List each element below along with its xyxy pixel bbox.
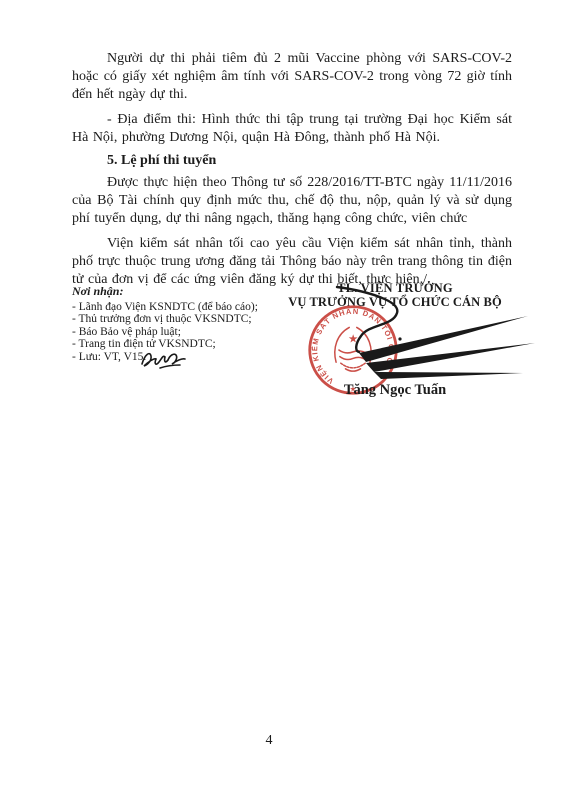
page-number: 4 — [249, 733, 289, 749]
recipient-item: - Báo Bảo vệ pháp luật; — [72, 326, 302, 338]
director-handwritten-signature — [295, 280, 545, 388]
section-5-heading: 5. Lệ phí thi tuyển — [107, 152, 512, 170]
recipient-item: - Lãnh đạo Viện KSNDTC (để báo cáo); — [72, 301, 302, 313]
paragraph-vaccine-requirement: Người dự thi phải tiêm đủ 2 mũi Vaccine … — [72, 50, 512, 104]
signer-name: Tăng Ngọc Tuấn — [288, 382, 502, 399]
recipient-item: - Thủ trưởng đơn vị thuộc VKSNDTC; — [72, 313, 302, 325]
document-body: Người dự thi phải tiêm đủ 2 mũi Vaccine … — [72, 50, 512, 296]
clerk-initials-signature — [138, 346, 188, 372]
document-page: Người dự thi phải tiêm đủ 2 mũi Vaccine … — [0, 0, 566, 800]
paragraph-fee-regulation: Được thực hiện theo Thông tư số 228/2016… — [72, 174, 512, 228]
recipients-header: Nơi nhận: — [72, 284, 302, 299]
paragraph-exam-location: - Địa điểm thi: Hình thức thi tập trung … — [72, 111, 512, 147]
